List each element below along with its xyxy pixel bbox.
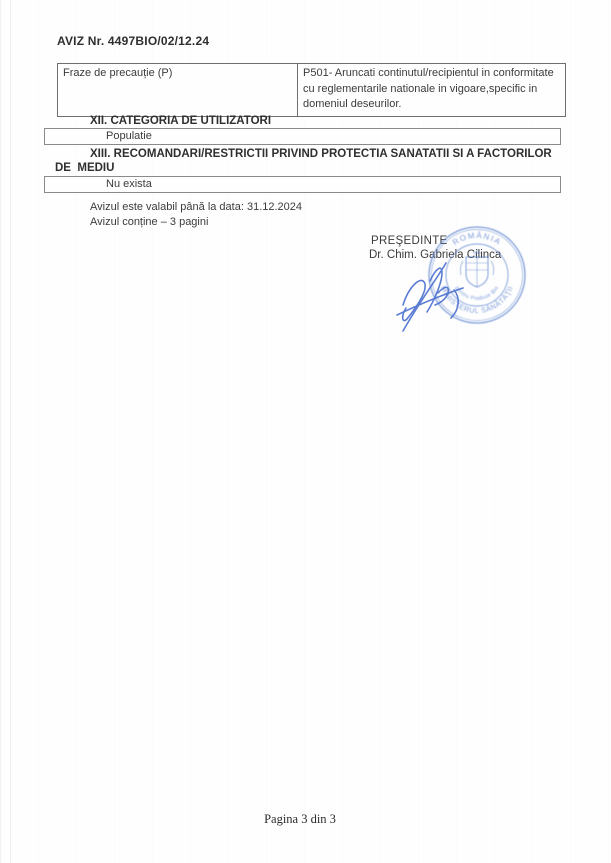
precaution-value-cell: P501- Aruncati continutul/recipientul in… [298,64,565,116]
precaution-label-cell: Fraze de precauție (P) [58,64,298,116]
category-value: Populatie [106,130,152,142]
document-page: AVIZ Nr. 4497BIO/02/12.24 Fraze de preca… [0,0,611,863]
scan-edge-artifact [10,0,11,863]
document-number: AVIZ Nr. 4497BIO/02/12.24 [57,34,209,48]
page-number-footer: Pagina 3 din 3 [0,812,600,827]
section-heading-xiii-line2: DE MEDIU [55,162,114,174]
category-value-box: Populatie [44,128,561,145]
section-heading-xii: XII. CATEGORIA DE UTILIZATORI [90,115,271,127]
section-heading-xiii-line1: XIII. RECOMANDARI/RESTRICTII PRIVIND PRO… [90,148,552,160]
precaution-table: Fraze de precauție (P) P501- Aruncati co… [57,63,566,117]
page-count-line: Avizul conține – 3 pagini [90,216,208,228]
recommendations-value-box: Nu exista [44,176,561,193]
signature-ink-icon [388,253,478,341]
recommendations-value: Nu exista [106,178,152,190]
validity-date-line: Avizul este valabil până la data: 31.12.… [90,201,302,213]
